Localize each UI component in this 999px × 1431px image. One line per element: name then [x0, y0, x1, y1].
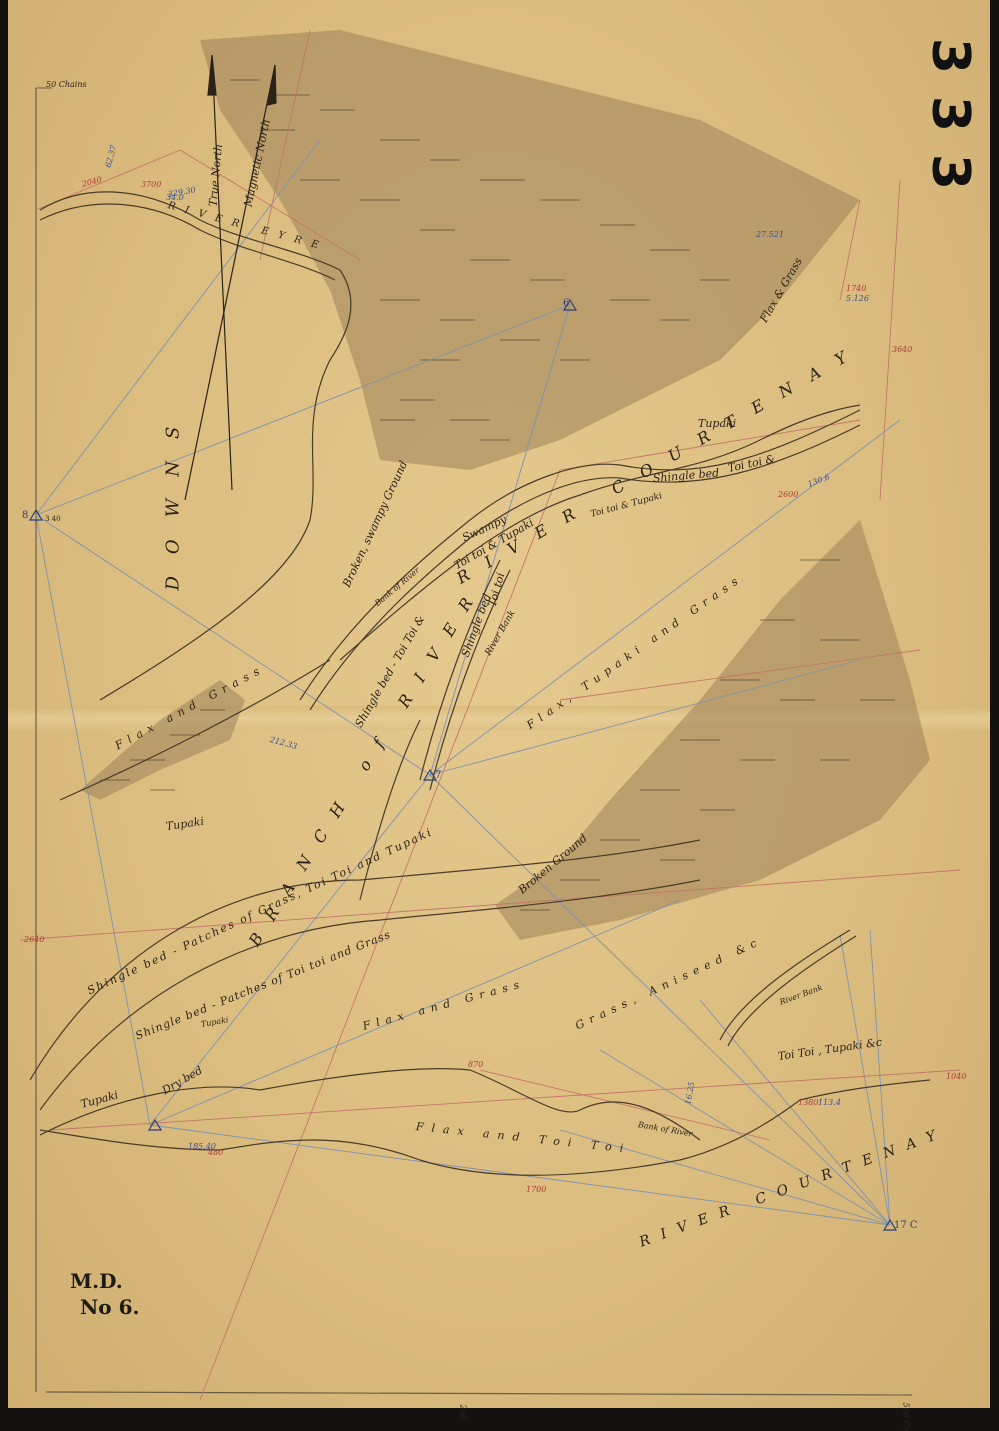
measure-red-10: 870: [468, 1060, 483, 1069]
measure-red-9: 1040: [946, 1072, 966, 1081]
sheet-number-digit: 3: [924, 26, 976, 86]
map-sheet: 333 M.D. No 6. 50 Chains 250 500 Ch True…: [8, 0, 990, 1408]
station-8: 8: [22, 510, 28, 521]
station-6: 6: [563, 298, 569, 309]
measure-red-5: 2640: [24, 935, 44, 944]
scale-label-mid: 250: [459, 1405, 468, 1420]
label-downs: DOWNS: [163, 405, 184, 591]
measure-red-3: 1740: [846, 284, 866, 293]
station-8-bearing: 3 40: [45, 515, 61, 523]
title-line-2: No 6.: [70, 1294, 139, 1320]
label-tupaki-ne: Tupaki: [698, 417, 736, 430]
scale-label-right: 500 Ch: [902, 1403, 911, 1431]
title-block: M.D. No 6.: [70, 1268, 139, 1320]
scale-label-top: 50 Chains: [46, 80, 87, 89]
measure-red-7: 1700: [526, 1185, 546, 1194]
sheet-number: 333: [920, 30, 980, 204]
sheet-number-digit: 3: [924, 142, 976, 202]
measure-red-6: 2600: [778, 490, 798, 499]
measure-blue-4: 27.521: [756, 230, 784, 239]
measure-red-2: 3700: [141, 180, 161, 189]
measure-blue-10: 113.4: [818, 1098, 841, 1107]
station-7: 7: [435, 770, 441, 781]
measure-red-11: 480: [208, 1148, 223, 1157]
sheet-number-digit: 3: [924, 84, 976, 144]
measure-red-8: 1380: [798, 1098, 818, 1107]
measure-red-4: 3640: [892, 345, 912, 354]
title-line-1: M.D.: [70, 1268, 139, 1294]
station-17c: 17 C: [894, 1220, 918, 1231]
measure-blue-5: 5.126: [846, 294, 869, 303]
measure-blue-3: 34.0: [166, 193, 184, 202]
map-drawing: [8, 0, 990, 1408]
